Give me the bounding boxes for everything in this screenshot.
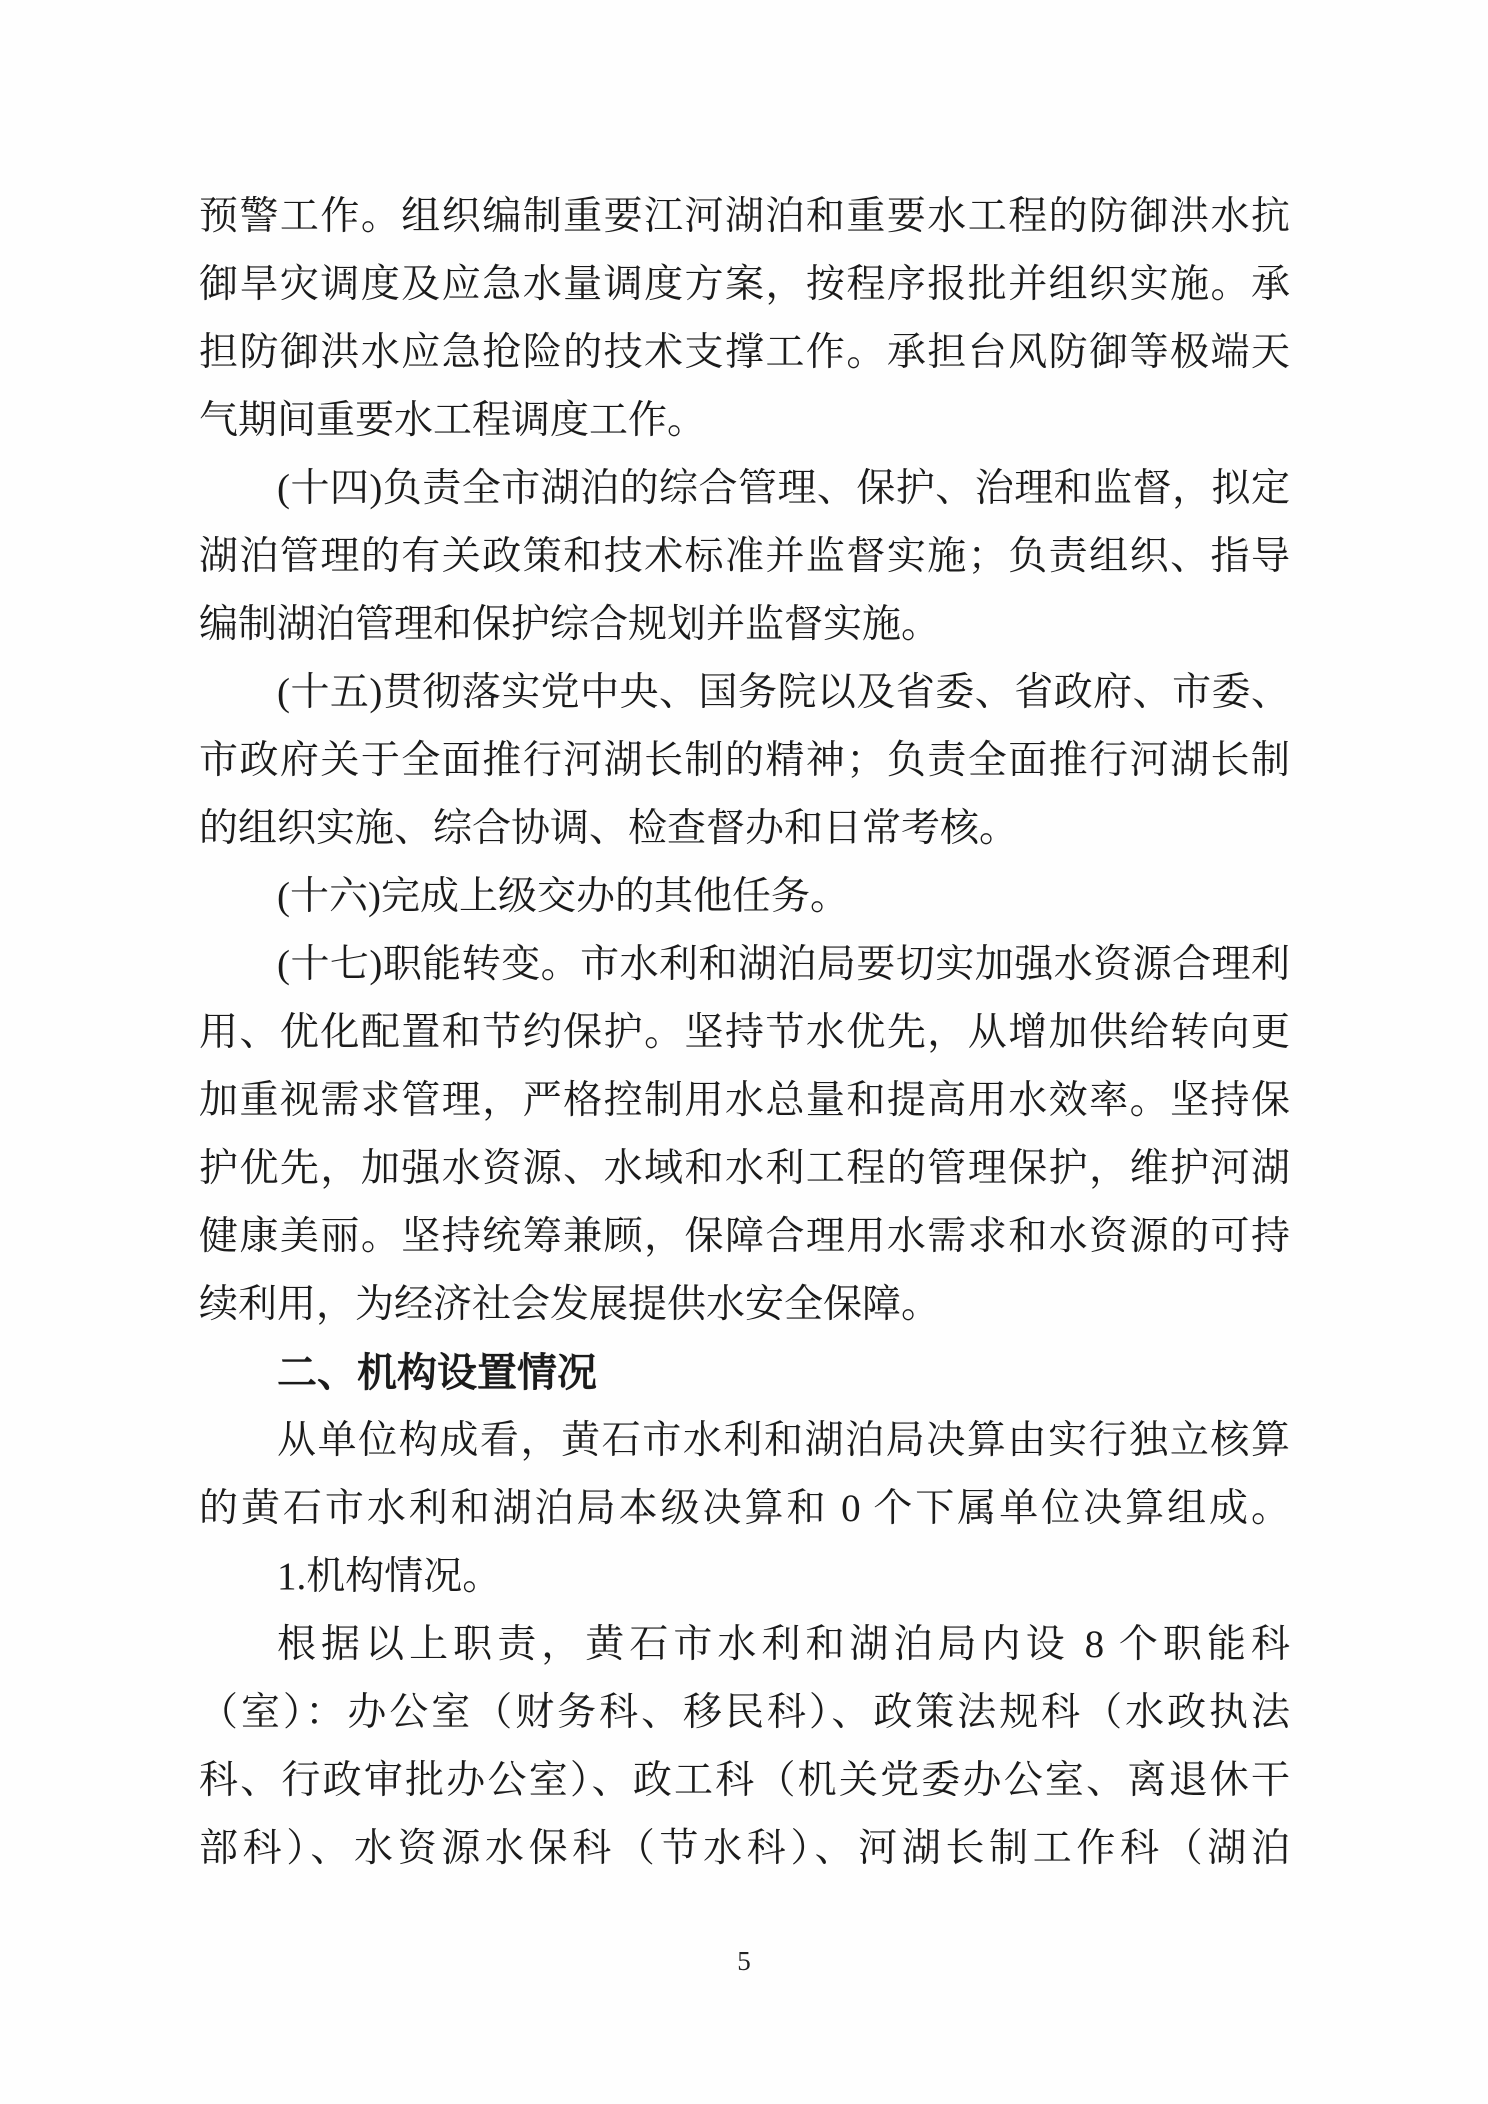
text-line: 科、行政审批办公室）、政工科（机关党委办公室、离退休干	[199, 1747, 1290, 1815]
text-line: 部科）、水资源水保科（节水科）、河湖长制工作科（湖泊	[199, 1815, 1290, 1883]
text-line: 的组织实施、综合协调、检查督办和日常考核。	[199, 795, 1290, 863]
paragraph-start-line: 从单位构成看，黄石市水利和湖泊局决算由实行独立核算	[199, 1407, 1290, 1475]
paragraph-start-line: (十四)负责全市湖泊的综合管理、保护、治理和监督，拟定	[199, 455, 1290, 523]
text-line: 气期间重要水工程调度工作。	[199, 387, 1290, 455]
text-line: 担防御洪水应急抢险的技术支撑工作。承担台风防御等极端天	[199, 319, 1290, 387]
paragraph-start-line: 根据以上职责，黄石市水利和湖泊局内设 8 个职能科	[199, 1611, 1290, 1679]
paragraph-start-line: (十七)职能转变。市水利和湖泊局要切实加强水资源合理利	[199, 931, 1290, 999]
text-line: 续利用，为经济社会发展提供水安全保障。	[199, 1271, 1290, 1339]
paragraph-start-line: (十五)贯彻落实党中央、国务院以及省委、省政府、市委、	[199, 659, 1290, 727]
text-line: 预警工作。组织编制重要江河湖泊和重要水工程的防御洪水抗	[199, 183, 1290, 251]
text-line: （室）：办公室（财务科、移民科）、政策法规科（水政执法	[199, 1679, 1290, 1747]
text-line: 用、优化配置和节约保护。坚持节水优先，从增加供给转向更	[199, 999, 1290, 1067]
sub-heading-line: 1.机构情况。	[199, 1543, 1290, 1611]
text-line: 健康美丽。坚持统筹兼顾，保障合理用水需求和水资源的可持	[199, 1203, 1290, 1271]
page-number: 5	[0, 1946, 1488, 1977]
text-line: 的黄石市水利和湖泊局本级决算和 0 个下属单位决算组成。	[199, 1475, 1290, 1543]
section-heading: 二、机构设置情况	[199, 1339, 1290, 1407]
document-page: 预警工作。组织编制重要江河湖泊和重要水工程的防御洪水抗 御旱灾调度及应急水量调度…	[0, 0, 1488, 2104]
document-body: 预警工作。组织编制重要江河湖泊和重要水工程的防御洪水抗 御旱灾调度及应急水量调度…	[199, 183, 1290, 1883]
text-line: 加重视需求管理，严格控制用水总量和提高用水效率。坚持保	[199, 1067, 1290, 1135]
text-line: 编制湖泊管理和保护综合规划并监督实施。	[199, 591, 1290, 659]
text-line: 御旱灾调度及应急水量调度方案，按程序报批并组织实施。承	[199, 251, 1290, 319]
text-line: 市政府关于全面推行河湖长制的精神；负责全面推行河湖长制	[199, 727, 1290, 795]
text-line: 护优先，加强水资源、水域和水利工程的管理保护，维护河湖	[199, 1135, 1290, 1203]
text-line: 湖泊管理的有关政策和技术标准并监督实施；负责组织、指导	[199, 523, 1290, 591]
paragraph-start-line: (十六)完成上级交办的其他任务。	[199, 863, 1290, 931]
